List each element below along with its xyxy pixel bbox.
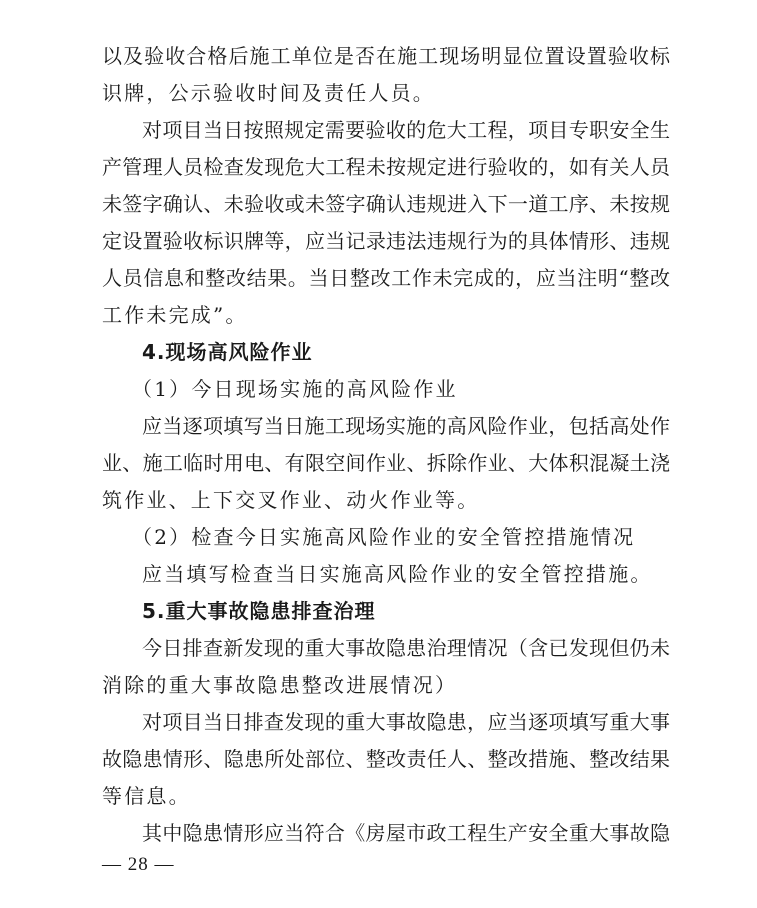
paragraph-line: 识牌，公示验收时间及责任人员。 <box>102 75 670 112</box>
paragraph-line: 故隐患情形、隐患所处部位、整改责任人、整改措施、整改结果 <box>102 741 670 778</box>
paragraph-line: 工作未完成”。 <box>102 297 670 334</box>
paragraph-line: 以及验收合格后施工单位是否在施工现场明显位置设置验收标 <box>102 38 670 75</box>
document-body: 以及验收合格后施工单位是否在施工现场明显位置设置验收标 识牌，公示验收时间及责任… <box>102 38 670 852</box>
paragraph-line: 筑作业、上下交叉作业、动火作业等。 <box>102 482 670 519</box>
paragraph-line: 未签字确认、未验收或未签字确认违规进入下一道工序、未按规 <box>102 186 670 223</box>
paragraph-line: 消除的重大事故隐患整改进展情况） <box>102 667 670 704</box>
paragraph-line: 应当填写检查当日实施高风险作业的安全管控措施。 <box>102 556 670 593</box>
paragraph-line: 今日排查新发现的重大事故隐患治理情况（含已发现但仍未 <box>102 630 670 667</box>
paragraph-line: 产管理人员检查发现危大工程未按规定进行验收的，如有关人员 <box>102 149 670 186</box>
paragraph-line: 对项目当日按照规定需要验收的危大工程，项目专职安全生 <box>102 112 670 149</box>
paragraph-line: 对项目当日排查发现的重大事故隐患，应当逐项填写重大事 <box>102 704 670 741</box>
paragraph-line: 其中隐患情形应当符合《房屋市政工程生产安全重大事故隐 <box>102 815 670 852</box>
paragraph-line: 人员信息和整改结果。当日整改工作未完成的，应当注明“整改 <box>102 260 670 297</box>
subsection-heading-2: （2）检查今日实施高风险作业的安全管控措施情况 <box>102 519 670 556</box>
section-heading-5: 5.重大事故隐患排查治理 <box>102 593 670 630</box>
page-number: — 28 — <box>102 850 175 880</box>
section-heading-4: 4.现场高风险作业 <box>102 334 670 371</box>
paragraph-line: 等信息。 <box>102 778 670 815</box>
paragraph-line: 业、施工临时用电、有限空间作业、拆除作业、大体积混凝土浇 <box>102 445 670 482</box>
paragraph-line: 应当逐项填写当日施工现场实施的高风险作业，包括高处作 <box>102 408 670 445</box>
paragraph-line: 定设置验收标识牌等，应当记录违法违规行为的具体情形、违规 <box>102 223 670 260</box>
subsection-heading-1: （1）今日现场实施的高风险作业 <box>102 371 670 408</box>
